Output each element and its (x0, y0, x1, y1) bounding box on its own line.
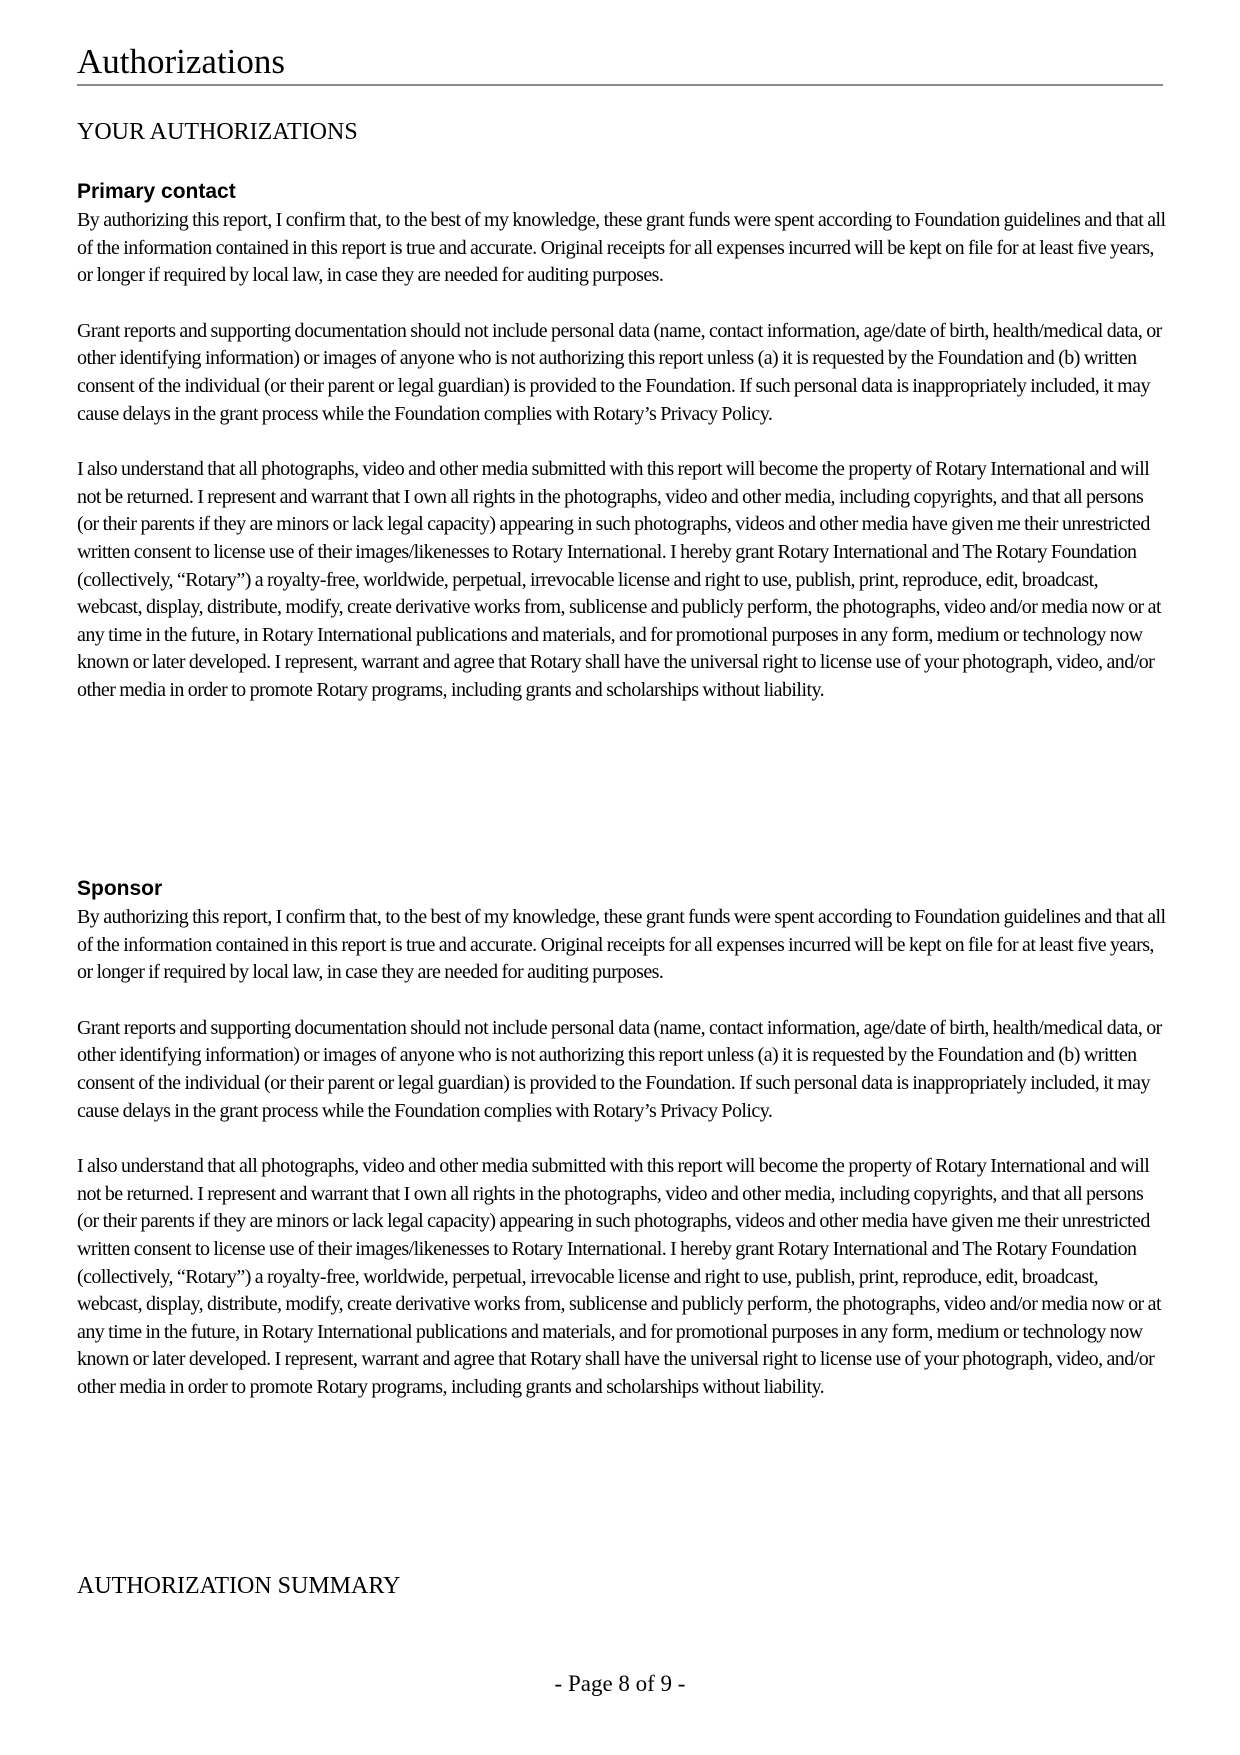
media-license-paragraph: I also understand that all photographs, … (77, 1153, 1167, 1401)
page-title: Authorizations (77, 42, 1163, 86)
authorization-summary-heading: AUTHORIZATION SUMMARY (77, 1572, 400, 1600)
your-authorizations-heading: YOUR AUTHORIZATIONS (77, 118, 358, 146)
primary-contact-heading: Primary contact (77, 180, 236, 204)
personal-data-paragraph: Grant reports and supporting documentati… (77, 318, 1167, 428)
confirmation-paragraph: By authorizing this report, I confirm th… (77, 207, 1167, 290)
media-license-paragraph: I also understand that all photographs, … (77, 456, 1167, 704)
personal-data-paragraph: Grant reports and supporting documentati… (77, 1015, 1167, 1125)
sponsor-heading: Sponsor (77, 877, 162, 901)
confirmation-paragraph: By authorizing this report, I confirm th… (77, 904, 1167, 987)
sponsor-section: By authorizing this report, I confirm th… (77, 904, 1167, 1430)
page-number-footer: - Page 8 of 9 - (0, 1670, 1240, 1698)
primary-contact-section: By authorizing this report, I confirm th… (77, 207, 1167, 733)
